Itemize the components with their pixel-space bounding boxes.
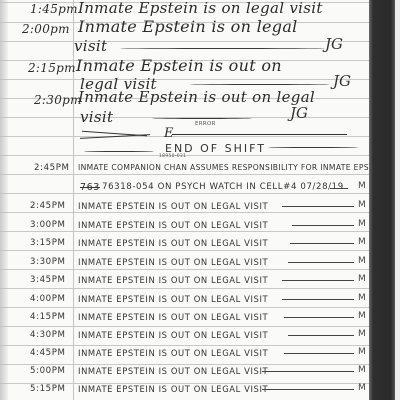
entry-time: 5:00PM	[30, 366, 66, 376]
register-annotation: 18950-031	[159, 154, 186, 159]
fill-line	[120, 48, 325, 49]
fill-line	[282, 299, 354, 300]
initials: M	[358, 256, 366, 266]
entry-time: 4:00PM	[30, 294, 66, 304]
entry-time: 5:15PM	[30, 384, 66, 394]
initials: M	[358, 365, 366, 375]
initials: JG	[333, 72, 351, 90]
initials: M	[358, 274, 366, 284]
strike-line	[172, 134, 347, 135]
end-line-left	[84, 151, 154, 152]
initials: M	[358, 237, 366, 247]
entry-text: Inmate Epstein is out on legal	[78, 88, 315, 106]
fill-line	[288, 335, 354, 336]
fill-line	[284, 353, 354, 354]
initials: JG	[325, 35, 343, 53]
entry-time: 4:45PM	[30, 348, 66, 358]
fill-line	[284, 317, 354, 318]
initials: M	[358, 200, 366, 210]
entry-continuation: visit	[80, 108, 113, 126]
fill-line	[262, 389, 354, 390]
initials: M	[358, 219, 366, 229]
entry-text: INMATE EPSTEIN IS OUT ON LEGAL VISIT	[78, 294, 268, 304]
fill-line	[288, 262, 354, 263]
entry-text: INMATE EPSTEIN IS OUT ON LEGAL VISIT	[78, 275, 268, 285]
entry-text: Inmate Epstein is on legal visit	[78, 0, 323, 17]
end-line-right	[268, 147, 358, 148]
entry-continuation: visit	[74, 37, 107, 55]
initials: M	[358, 329, 366, 339]
fill-line	[190, 84, 330, 85]
struck-text: 763	[80, 182, 100, 193]
log-sheet: 1:45pm Inmate Epstein is on legal visit …	[0, 0, 400, 400]
fill-line	[282, 280, 354, 281]
handover-text: 76318-054 ON PSYCH WATCH IN CELL#4 07/28…	[102, 182, 344, 192]
entry-time: 2:15pm	[28, 61, 76, 75]
fill-line	[282, 206, 354, 207]
entry-text: INMATE EPSTEIN IS OUT ON LEGAL VISIT	[78, 220, 268, 230]
entry-time: 2:45PM	[34, 163, 70, 173]
initials: M	[358, 383, 366, 393]
initials: M	[358, 293, 366, 303]
entry-time: 2:30pm	[34, 93, 82, 107]
entry-time: 2:45PM	[30, 201, 66, 211]
page-right-edge	[395, 0, 400, 400]
entry-text: INMATE EPSTEIN IS OUT ON LEGAL VISIT	[78, 238, 268, 248]
entry-text: INMATE EPSTEIN IS OUT ON LEGAL VISIT	[78, 348, 268, 358]
entry-time: 3:00PM	[30, 220, 66, 230]
entry-text: Inmate Epstein is out on	[76, 56, 282, 75]
entry-text: INMATE EPSTEIN IS OUT ON LEGAL VISIT	[78, 201, 268, 211]
scan-binder-edge	[369, 0, 395, 400]
entry-text: INMATE EPSTEIN IS OUT ON LEGAL VISIT	[78, 330, 268, 340]
fill-line	[262, 371, 354, 372]
entry-time: 1:45pm	[30, 2, 78, 16]
entry-time: 4:30PM	[30, 330, 66, 340]
entry-time: 3:15PM	[30, 238, 66, 248]
entry-time: 3:30PM	[30, 257, 66, 267]
entry-time: 2:00pm	[22, 22, 70, 36]
initials: JG	[290, 104, 308, 122]
entry-time: 4:15PM	[30, 312, 66, 322]
entry-text: INMATE EPSTEIN IS OUT ON LEGAL VISIT	[78, 257, 268, 267]
error-label: ERROR	[195, 121, 216, 127]
entry-time: 3:45PM	[30, 275, 66, 285]
fill-line	[152, 118, 252, 119]
entry-text: Inmate Epstein is on legal	[78, 17, 298, 36]
entry-text: INMATE EPSTEIN IS OUT ON LEGAL VISIT	[78, 366, 268, 376]
fill-line	[292, 225, 354, 226]
entry-text: INMATE EPSTEIN IS OUT ON LEGAL VISIT	[78, 312, 268, 322]
margin-line	[73, 0, 74, 400]
handover-text: INMATE COMPANION CHAN ASSUMES RESPONSIBI…	[78, 163, 388, 172]
initials: M	[358, 311, 366, 321]
entry-text: INMATE EPSTEIN IS OUT ON LEGAL VISIT	[78, 384, 268, 394]
fill-line	[290, 243, 354, 244]
initials: M	[358, 347, 366, 357]
fill-line	[330, 188, 348, 189]
initials: M	[358, 181, 366, 191]
